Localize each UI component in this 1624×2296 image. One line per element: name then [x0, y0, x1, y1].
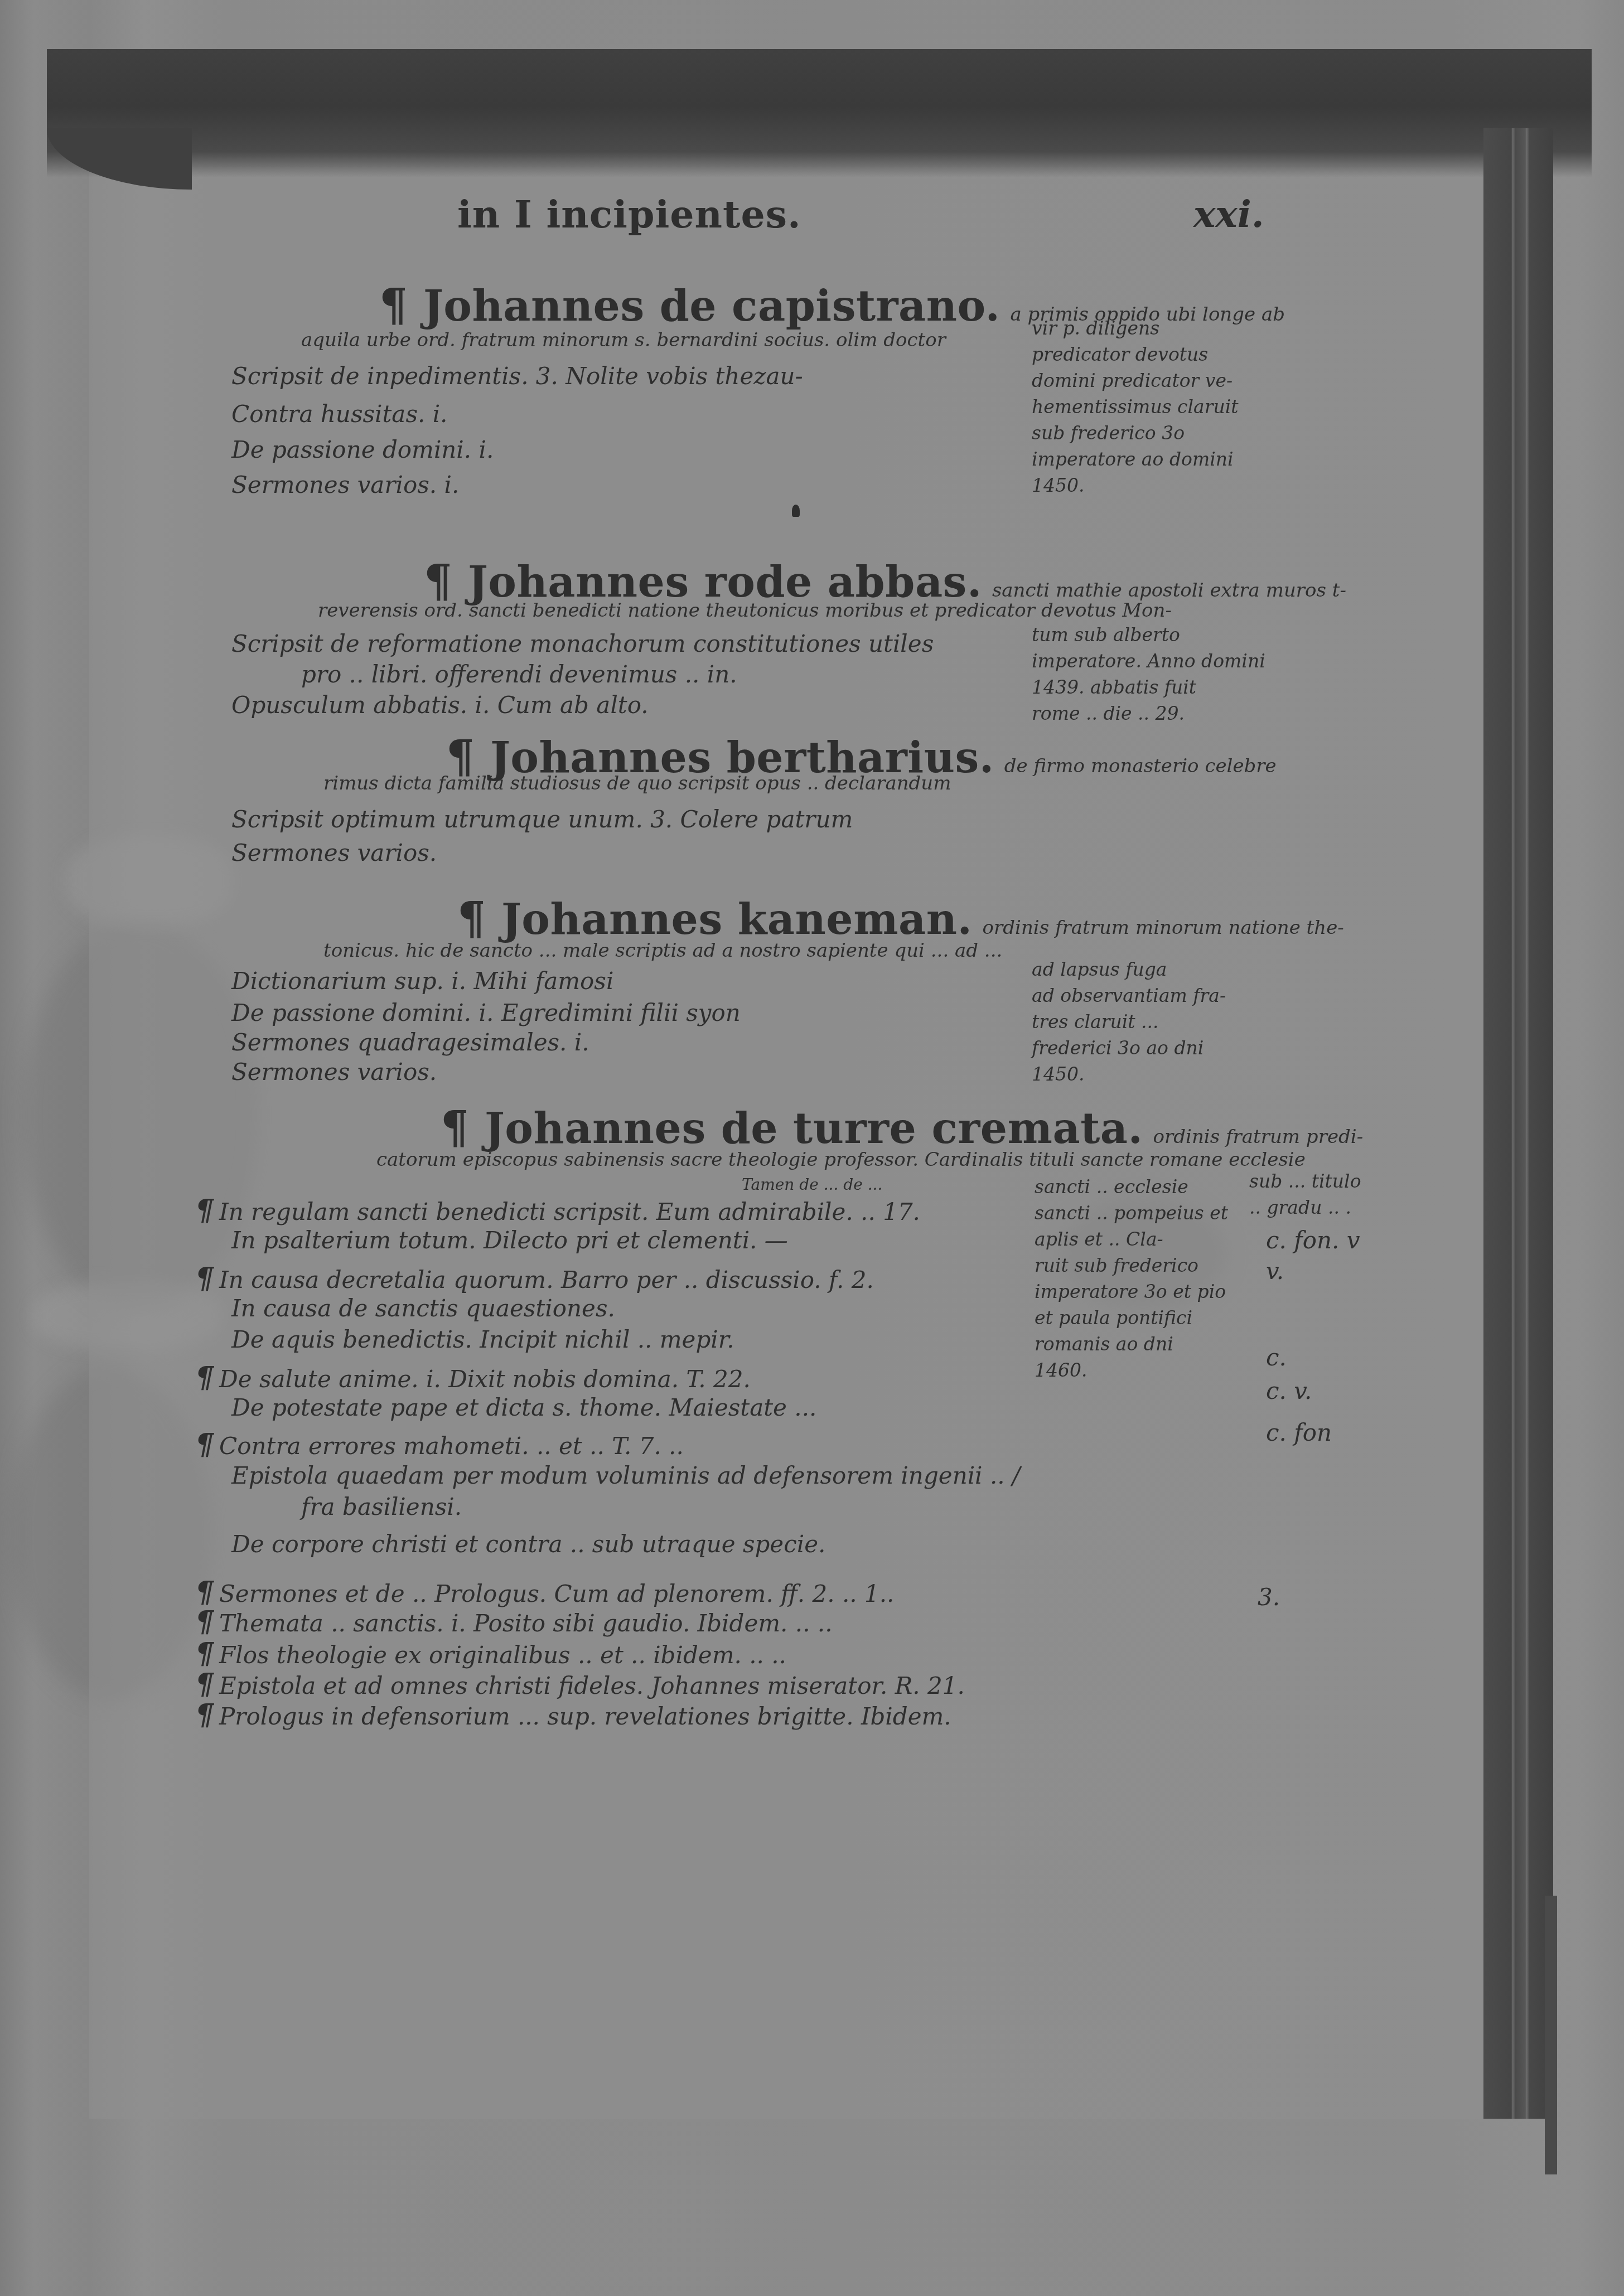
work-item: ¶In regulam sancti benedicti scripsit. E…	[195, 1193, 920, 1227]
pilcrow-icon: ¶	[195, 1667, 214, 1701]
author-bio: de firmo monasterio celebre	[1004, 755, 1277, 777]
pilcrow-icon: ¶	[195, 1193, 214, 1227]
work-item: ¶In causa decretalia quorum. Barro per .…	[195, 1261, 874, 1295]
work-item: In psalterium totum. Dilecto pri et clem…	[231, 1227, 788, 1254]
work-item: ¶Themata .. sanctis. i. Posito sibi gaud…	[195, 1605, 833, 1639]
work-item: De corpore christi et contra .. sub utra…	[231, 1530, 825, 1558]
work-item: Epistola quaedam per modum voluminis ad …	[231, 1462, 1020, 1489]
work-item: Sermones varios. i.	[231, 471, 459, 498]
author-bio-line: aquila urbe ord. fratrum minorum s. bern…	[301, 329, 946, 351]
work-item: ¶Sermones et de .. Prologus. Cum ad plen…	[195, 1575, 894, 1609]
siglum: c.	[1266, 1344, 1287, 1371]
work-item: Opusculum abbatis. i. Cum ab alto.	[231, 691, 649, 719]
far-margin-note: sub ... titulo .. gradu .. .	[1249, 1168, 1361, 1220]
interlinear-note: Tamen de ... de ...	[742, 1175, 882, 1194]
work-item: De passione domini. i. Egredimini filii …	[231, 999, 741, 1026]
author-bio: sancti mathie apostoli extra muros t-	[992, 579, 1346, 602]
pilcrow-icon: ¶	[457, 892, 486, 944]
work-item: De aquis benedictis. Incipit nichil .. m…	[231, 1326, 734, 1353]
pilcrow-icon: ¶	[195, 1698, 214, 1732]
work-item: In causa de sanctis quaestiones.	[231, 1295, 615, 1322]
margin-note: vir p. diligens predicator devotus domin…	[1032, 315, 1239, 498]
siglum: c. fon. v	[1266, 1227, 1360, 1254]
work-item: ¶Epistola et ad omnes christi fideles. J…	[195, 1667, 965, 1701]
work-item: De passione domini. i.	[231, 436, 494, 463]
pilcrow-icon: ¶	[195, 1427, 214, 1461]
margin-note: ad lapsus fuga ad observantiam fra- tres…	[1032, 956, 1226, 1087]
siglum: v.	[1266, 1257, 1284, 1285]
work-item: Scripsit optimum utrumque unum. 3. Coler…	[231, 806, 853, 833]
margin-note: sancti .. ecclesie sancti .. pompeius et…	[1035, 1174, 1228, 1383]
pilcrow-icon: ¶	[195, 1360, 214, 1394]
work-item: pro .. libri. offerendi devenimus .. in.	[301, 661, 737, 688]
work-item: Sermones varios.	[231, 839, 437, 866]
work-item: ¶Prologus in defensorium ... sup. revela…	[195, 1698, 951, 1732]
siglum: c. fon	[1266, 1419, 1332, 1446]
work-item: ¶Flos theologie ex originalibus .. et ..…	[195, 1636, 786, 1670]
work-item: Dictionarium sup. i. Mihi famosi	[231, 967, 613, 995]
pilcrow-icon: ¶	[195, 1636, 214, 1670]
author-heading: ¶Johannes de turre cremata.ordinis fratr…	[441, 1101, 1363, 1154]
pilcrow-icon: ¶	[441, 1101, 469, 1154]
ink-mark	[792, 505, 800, 517]
author-name: Johannes de capistrano.	[423, 281, 1000, 331]
pilcrow-icon: ¶	[379, 279, 408, 331]
work-item: De potestate pape et dicta s. thome. Mai…	[231, 1394, 816, 1421]
author-bio-line: catorum episcopus sabinensis sacre theol…	[376, 1149, 1306, 1171]
pilcrow-icon: ¶	[195, 1261, 214, 1295]
author-heading: ¶Johannes kaneman.ordinis fratrum minoru…	[457, 892, 1344, 944]
work-item: fra basiliensi.	[301, 1493, 462, 1520]
binding-edge-right	[1483, 128, 1553, 2119]
folio-number: xxi.	[1193, 192, 1264, 236]
work-item: Scripsit de reformatione monachorum cons…	[231, 630, 934, 657]
pilcrow-icon: ¶	[195, 1575, 214, 1609]
work-item: Scripsit de inpedimentis. 3. Nolite vobi…	[231, 362, 803, 390]
author-bio-line: tonicus. hic de sancto ... male scriptis…	[323, 939, 1002, 962]
siglum: 3.	[1258, 1583, 1280, 1611]
work-item: Contra hussitas. i.	[231, 400, 447, 428]
work-item: Sermones varios.	[231, 1058, 437, 1086]
margin-note: tum sub alberto imperatore. Anno domini …	[1032, 622, 1265, 726]
siglum: c. v.	[1266, 1377, 1312, 1404]
running-title: in I incipientes.	[457, 192, 801, 237]
binding-edge-right-lower	[1545, 1896, 1557, 2174]
author-bio-line: reverensis ord. sancti benedicti natione…	[318, 599, 1172, 622]
work-item: ¶De salute anime. i. Dixit nobis domina.…	[195, 1360, 751, 1394]
author-name: Johannes kaneman.	[501, 894, 973, 944]
work-item: ¶Contra errores mahometi. .. et .. T. 7.…	[195, 1427, 684, 1461]
author-bio: ordinis fratrum predi-	[1153, 1126, 1364, 1148]
pilcrow-icon: ¶	[195, 1605, 214, 1639]
work-item: Sermones quadragesimales. i.	[231, 1029, 589, 1056]
author-bio-line: rimus dicta familia studiosus de quo scr…	[323, 772, 951, 795]
author-bio: ordinis fratrum minorum natione the-	[983, 917, 1344, 939]
binding-shadow-top	[47, 49, 1592, 177]
author-name: Johannes de turre cremata.	[485, 1103, 1143, 1153]
